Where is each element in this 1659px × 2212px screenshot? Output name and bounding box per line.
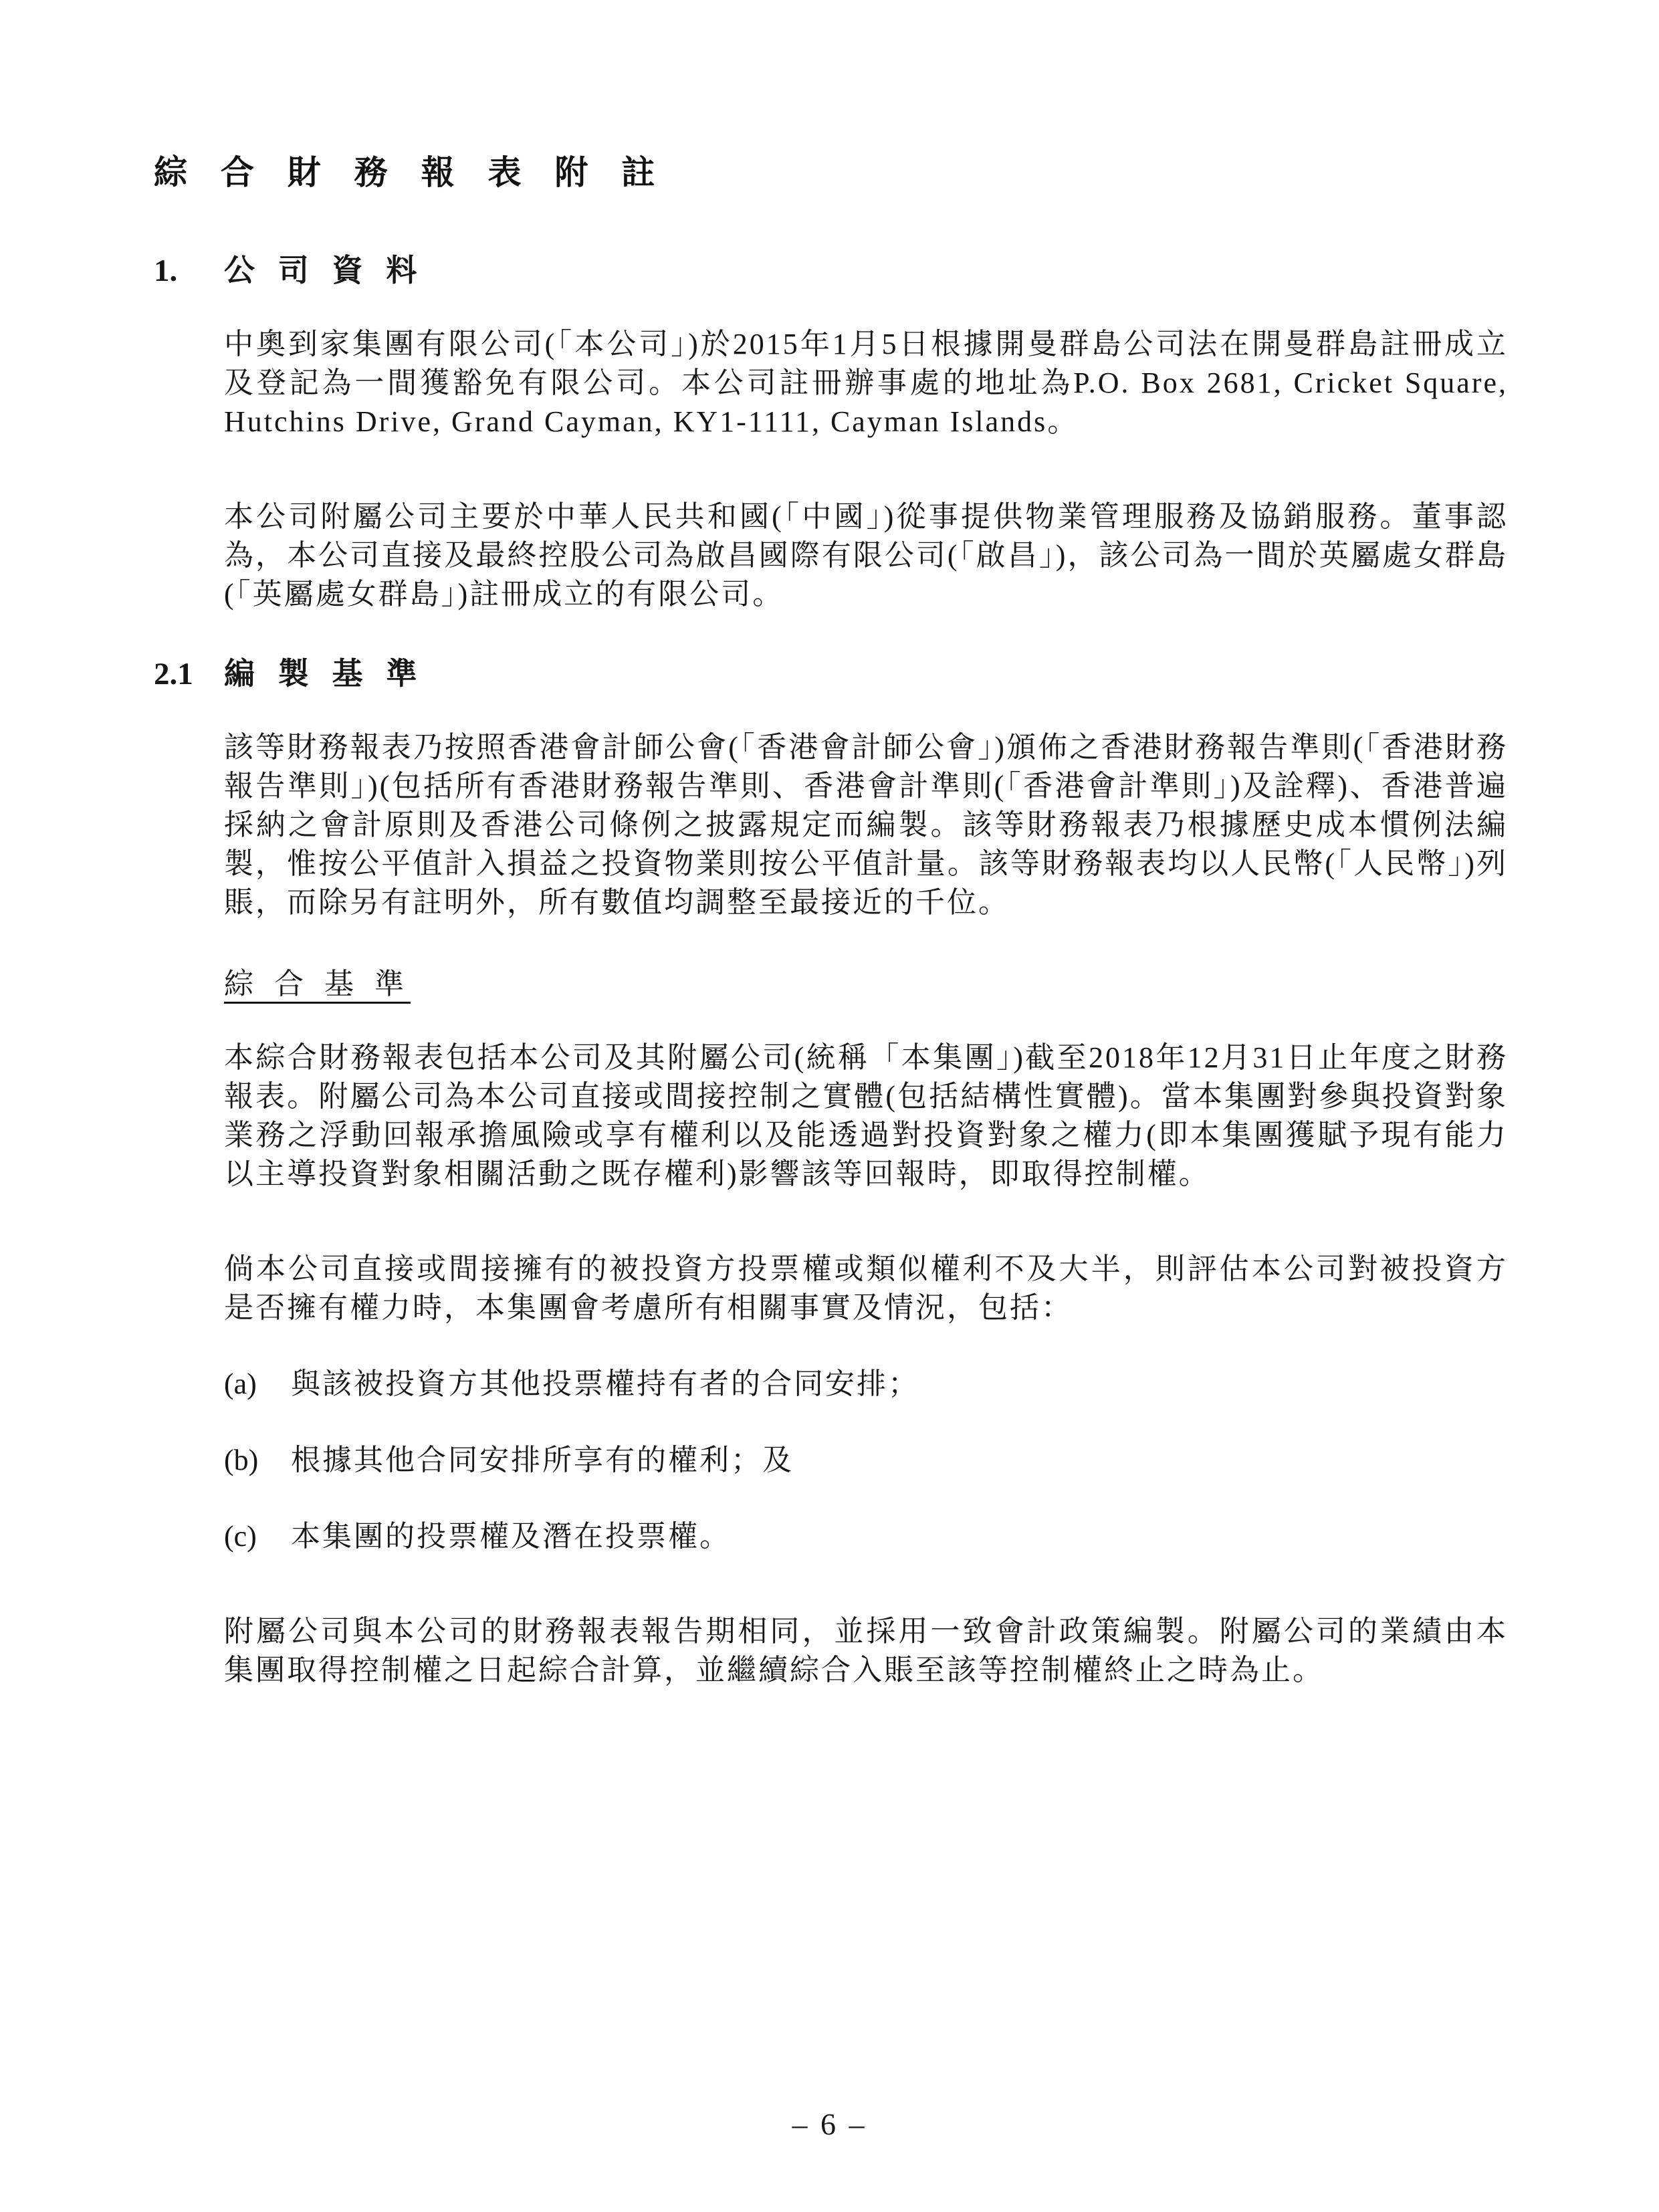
section-1-body: 中奧到家集團有限公司(「本公司」)於2015年1月5日根據開曼群島公司法在開曼群… <box>224 325 1508 614</box>
list-item-c: (c) 本集團的投票權及潛在投票權。 <box>224 1517 1508 1556</box>
paragraph: 倘本公司直接或間接擁有的被投資方投票權或類似權利不及大半，則評估本公司對被投資方… <box>224 1250 1508 1327</box>
page-number: – 6 – <box>0 2105 1659 2144</box>
section-2-1-body: 該等財務報表乃按照香港會計師公會(「香港會計師公會」)頒佈之香港財務報告準則(「… <box>224 728 1508 1690</box>
section-1-heading: 公 司 資 料 <box>224 251 424 290</box>
paragraph: 本公司附屬公司主要於中華人民共和國(「中國」)從事提供物業管理服務及協銷服務。董… <box>224 497 1508 614</box>
paragraph: 附屬公司與本公司的財務報表報告期相同，並採用一致會計政策編製。附屬公司的業績由本… <box>224 1612 1508 1690</box>
subsection-heading-consolidation-basis: 綜 合 基 準 <box>224 965 411 1004</box>
list-item-text: 根據其他合同安排所享有的權利；及 <box>291 1441 794 1480</box>
paragraph: 本綜合財務報表包括本公司及其附屬公司(統稱「本集團」)截至2018年12月31日… <box>224 1038 1508 1194</box>
paragraph: 中奧到家集團有限公司(「本公司」)於2015年1月5日根據開曼群島公司法在開曼群… <box>224 325 1508 441</box>
document-content: 綜 合 財 務 報 表 附 註 1. 公 司 資 料 中奧到家集團有限公司(「本… <box>154 150 1508 1690</box>
list-item-text: 與該被投資方其他投票權持有者的合同安排； <box>291 1365 919 1404</box>
list-item-label: (b) <box>224 1441 291 1480</box>
section-2-1-heading: 編 製 基 準 <box>224 654 424 693</box>
paragraph: 該等財務報表乃按照香港會計師公會(「香港會計師公會」)頒佈之香港財務報告準則(「… <box>224 728 1508 922</box>
section-1-header: 1. 公 司 資 料 <box>154 251 1508 290</box>
list-item-label: (c) <box>224 1517 291 1556</box>
section-2-1-number: 2.1 <box>154 655 224 693</box>
list-item-label: (a) <box>224 1365 291 1404</box>
section-1-number: 1. <box>154 251 224 290</box>
list-item-b: (b) 根據其他合同安排所享有的權利；及 <box>224 1441 1508 1480</box>
list-item-a: (a) 與該被投資方其他投票權持有者的合同安排； <box>224 1365 1508 1404</box>
section-2-1-header: 2.1 編 製 基 準 <box>154 654 1508 693</box>
document-title: 綜 合 財 務 報 表 附 註 <box>154 150 1508 195</box>
document-page: 綜 合 財 務 報 表 附 註 1. 公 司 資 料 中奧到家集團有限公司(「本… <box>0 0 1659 2212</box>
list-item-text: 本集團的投票權及潛在投票權。 <box>291 1517 731 1556</box>
